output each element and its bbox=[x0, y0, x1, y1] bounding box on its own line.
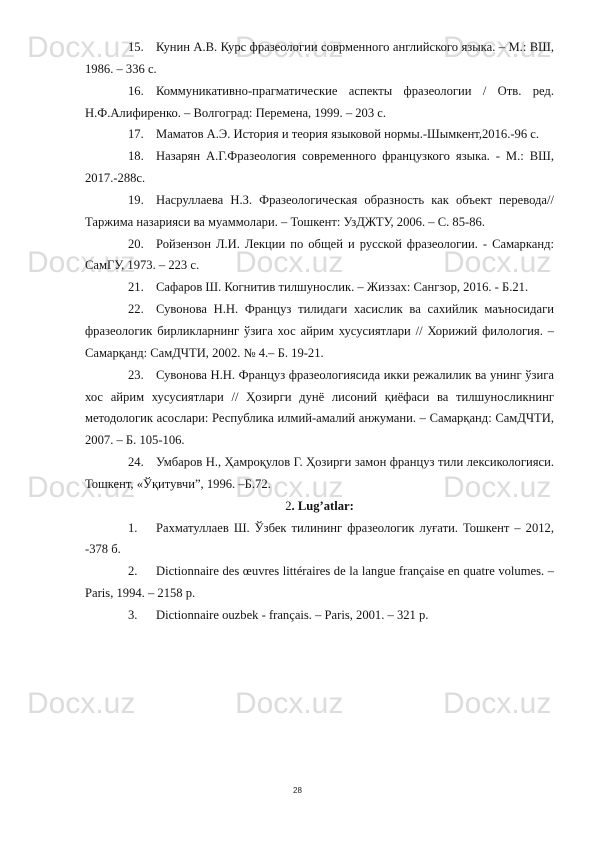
watermark: Docx.uz bbox=[235, 692, 343, 716]
reference-number: 24. bbox=[128, 452, 156, 474]
reference-item: 20.Ройзензон Л.И. Лекции по общей и русс… bbox=[85, 234, 554, 278]
watermark: Docx.uz bbox=[27, 692, 135, 716]
reference-text: Маматов А.Э. История и теория языковой н… bbox=[156, 127, 539, 141]
reference-number: 17. bbox=[128, 124, 156, 146]
dictionary-number: 3. bbox=[128, 605, 156, 627]
reference-item: 24.Умбаров Н., Ҳамроқулов Г. Ҳозирги зам… bbox=[85, 452, 554, 496]
reference-item: 23.Сувонова Н.Н. Француз фразеологиясида… bbox=[85, 365, 554, 452]
section-heading: 2. Lug’atlar: bbox=[85, 496, 554, 518]
section-title: . Lug’atlar: bbox=[292, 499, 354, 513]
reference-number: 23. bbox=[128, 365, 156, 387]
watermark: Docx.uz bbox=[443, 692, 551, 716]
reference-item: 18.Назарян А.Г.Фразеология современного … bbox=[85, 146, 554, 190]
dictionary-text: Dictionnaire des œuvres littéraires de l… bbox=[85, 564, 554, 600]
dictionary-item: 3.Dictionnaire ouzbek - français. – Pari… bbox=[85, 605, 554, 627]
reference-number: 16. bbox=[128, 81, 156, 103]
reference-text: Сафаров Ш. Когнитив тилшунослик. – Жизза… bbox=[156, 280, 528, 294]
reference-number: 22. bbox=[128, 299, 156, 321]
dictionary-number: 2. bbox=[128, 561, 156, 583]
reference-text: Ройзензон Л.И. Лекции по общей и русской… bbox=[85, 237, 554, 273]
reference-number: 15. bbox=[128, 37, 156, 59]
reference-number: 20. bbox=[128, 234, 156, 256]
dictionary-item: 2.Dictionnaire des œuvres littéraires de… bbox=[85, 561, 554, 605]
dictionary-text: Dictionnaire ouzbek - français. – Paris,… bbox=[156, 608, 428, 622]
reference-item: 22.Сувонова Н.Н. Француз тилидаги хасисл… bbox=[85, 299, 554, 365]
dictionary-number: 1. bbox=[128, 518, 156, 540]
reference-number: 18. bbox=[128, 146, 156, 168]
reference-item: 16.Коммуникативно-прагматические аспекты… bbox=[85, 81, 554, 125]
document-page: Docx.uz Docx.uz Docx.uz Docx.uz Docx.uz … bbox=[0, 0, 595, 842]
reference-text: Сувонова Н.Н. Француз тилидаги хасислик … bbox=[85, 302, 554, 360]
reference-text: Сувонова Н.Н. Француз фразеологиясида ик… bbox=[85, 368, 554, 448]
reference-item: 15.Кунин А.В. Курс фразеологии соврменно… bbox=[85, 37, 554, 81]
bibliography: 15.Кунин А.В. Курс фразеологии соврменно… bbox=[85, 37, 554, 627]
reference-item: 17.Маматов А.Э. История и теория языково… bbox=[85, 124, 554, 146]
page-number: 28 bbox=[0, 786, 595, 795]
reference-number: 21. bbox=[128, 277, 156, 299]
reference-number: 19. bbox=[128, 190, 156, 212]
reference-item: 19.Насруллаева Н.З. Фразеологическая обр… bbox=[85, 190, 554, 234]
watermark-row: Docx.uz Docx.uz Docx.uz bbox=[0, 692, 595, 716]
dictionary-item: 1.Рахматуллаев Ш. Ўзбек тилининг фразеол… bbox=[85, 518, 554, 562]
reference-item: 21.Сафаров Ш. Когнитив тилшунослик. – Жи… bbox=[85, 277, 554, 299]
